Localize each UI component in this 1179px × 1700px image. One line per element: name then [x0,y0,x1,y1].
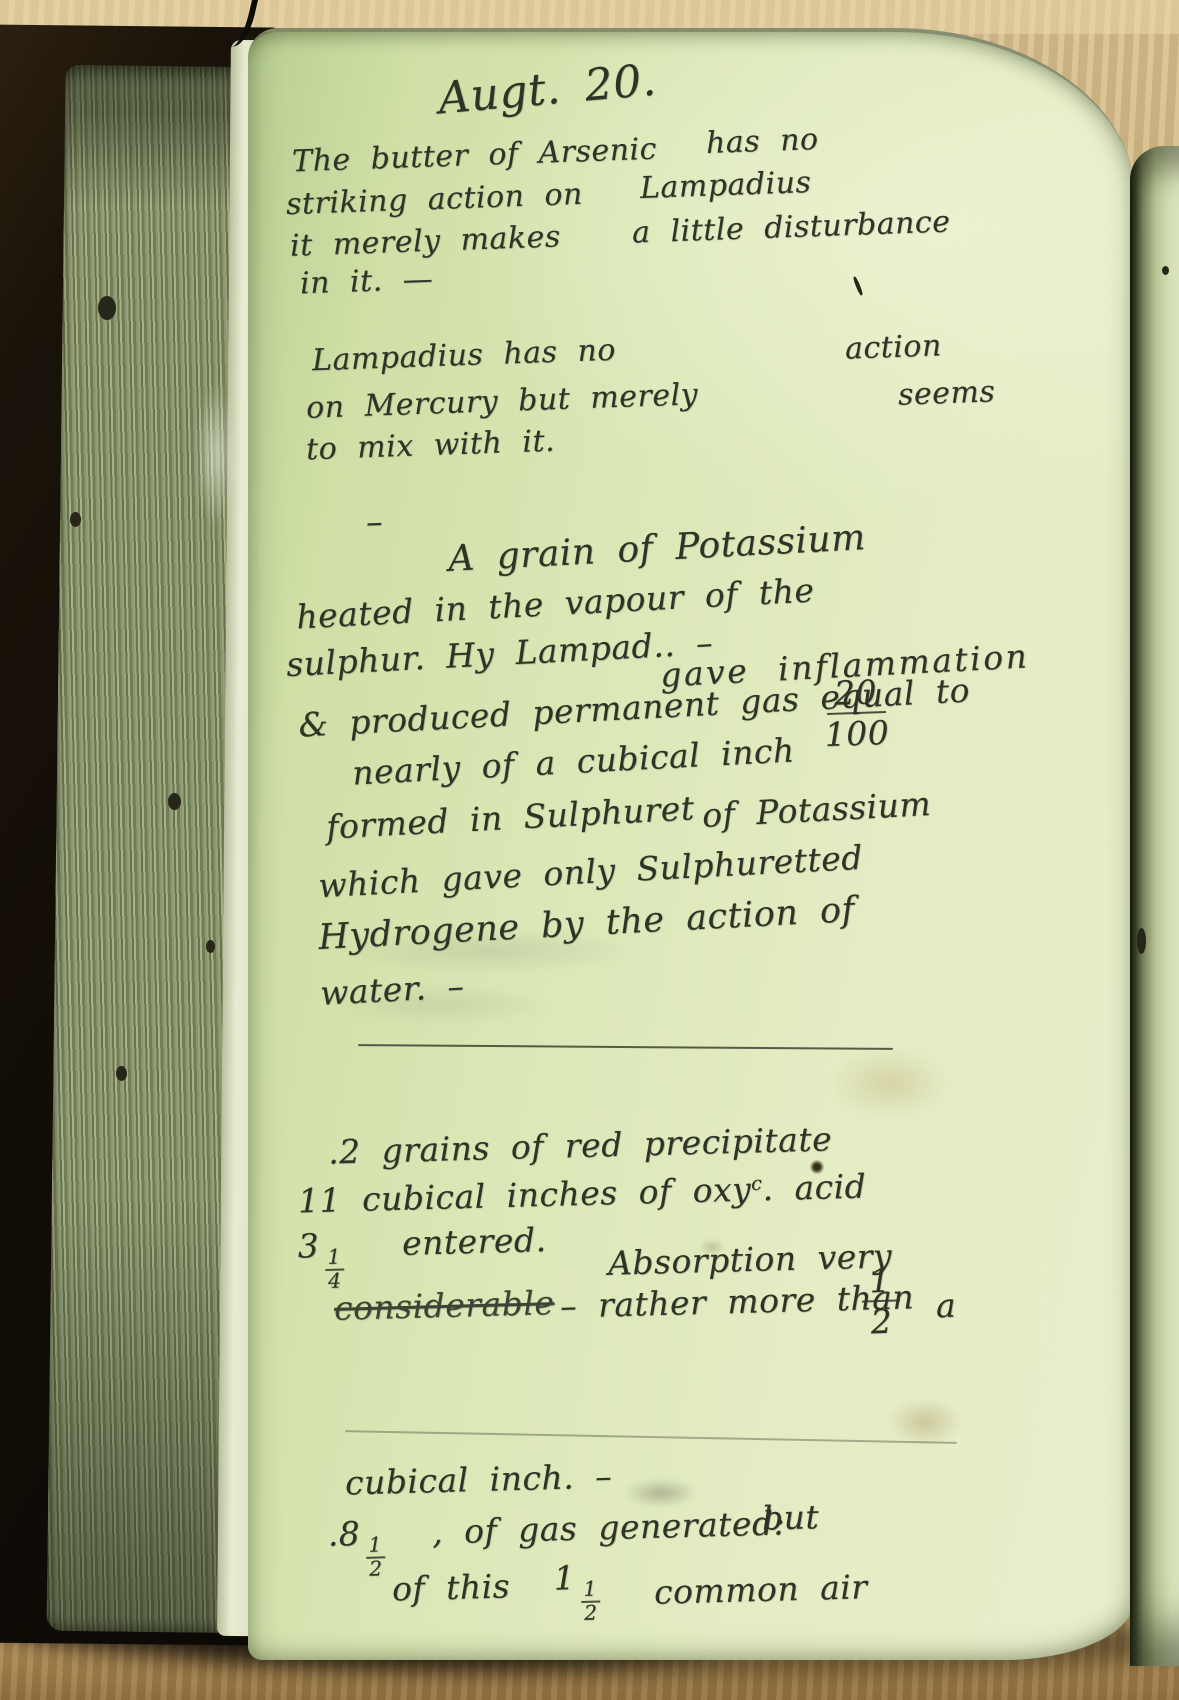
handwriting-line: a [935,1286,956,1326]
handwriting-dash: – [365,502,383,542]
notebook-photo: Augt. 20. The butter of Arsenic has no s… [0,0,1179,1700]
edge-glare [196,380,236,530]
line-text: 1 [553,1558,576,1598]
edge-speck [206,940,215,953]
fraction-numerator: 1 [861,1263,900,1302]
crease-dot [1162,266,1169,275]
handwriting-line: of this [392,1566,511,1608]
fraction-numerator: 1 [324,1248,344,1271]
crease-ink-blot [1137,928,1146,954]
handwriting-line: 112 [553,1557,606,1623]
handwriting-line: common air [654,1567,869,1612]
handwriting-line: has no [705,122,819,161]
fraction-numerator: 20 [825,675,885,715]
handwriting-line: but [761,1497,819,1537]
handwriting-line: water. – [319,966,465,1013]
fraction-denominator: 100 [824,713,890,751]
line-text: .8 [327,1514,361,1554]
fraction-gas-volume: 20 100 [823,675,890,751]
handwriting-line: Absorption very [608,1236,893,1282]
handwriting-line: Lampadius [639,165,811,206]
fraction-half-large: 1 2 [861,1263,901,1338]
edge-speck [168,793,181,810]
superscript-c: c [751,1172,763,1195]
fraction-denominator: 2 [870,1302,893,1339]
paper-stain [888,1398,962,1446]
edge-speck [70,512,81,527]
handwriting-line: 314 [297,1225,350,1291]
paper-smudge [624,1478,698,1508]
handwriting-line: cubical inch. – [345,1457,613,1503]
right-page-block [1130,146,1179,1666]
handwriting-line: .812 [327,1513,391,1580]
fraction-numerator: 1 [580,1580,600,1603]
handwriting-line: entered. [402,1220,547,1263]
paper-stain [830,1048,950,1118]
fraction-denominator: 2 [369,1558,383,1579]
struck-word: considerable [334,1283,555,1328]
edge-speck [116,1066,127,1081]
line-text: 3 [297,1226,320,1266]
fraction-denominator: 2 [584,1602,598,1623]
handwriting-line: seems [897,374,995,412]
fraction-half: 12 [580,1580,601,1623]
handwriting-line: action [844,328,942,366]
edge-speck [98,296,116,320]
handwriting-line: in it. — [299,262,433,302]
fraction-quarter: 14 [324,1248,345,1291]
line-text: . acid [762,1167,867,1209]
fraction-half: 12 [365,1535,386,1578]
fraction-numerator: 1 [365,1535,385,1558]
